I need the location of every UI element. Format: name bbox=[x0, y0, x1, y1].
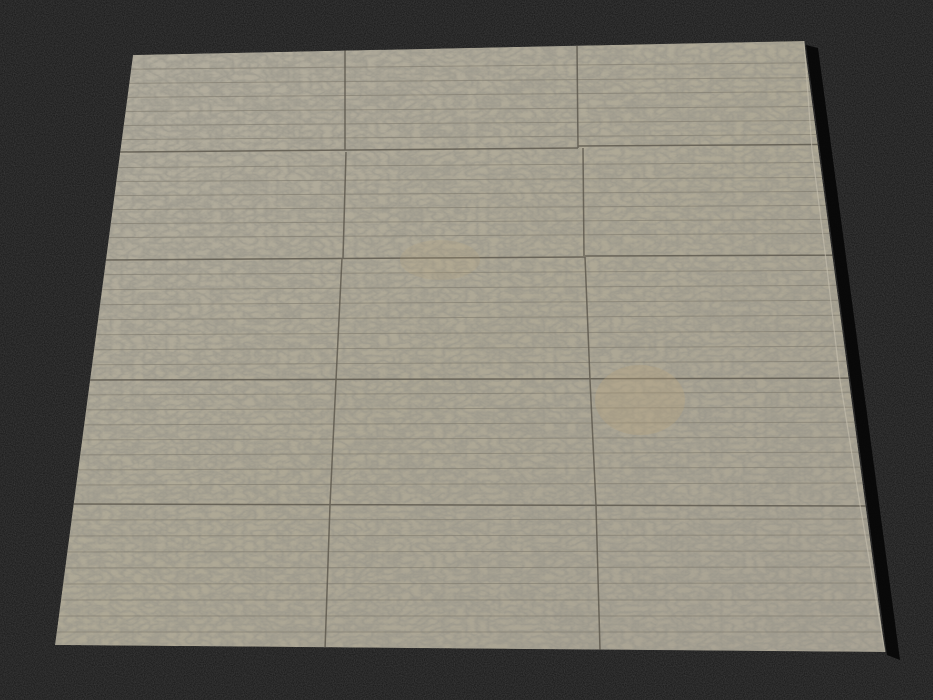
stone-tile-photo bbox=[0, 0, 933, 700]
stone-panel bbox=[50, 40, 890, 660]
